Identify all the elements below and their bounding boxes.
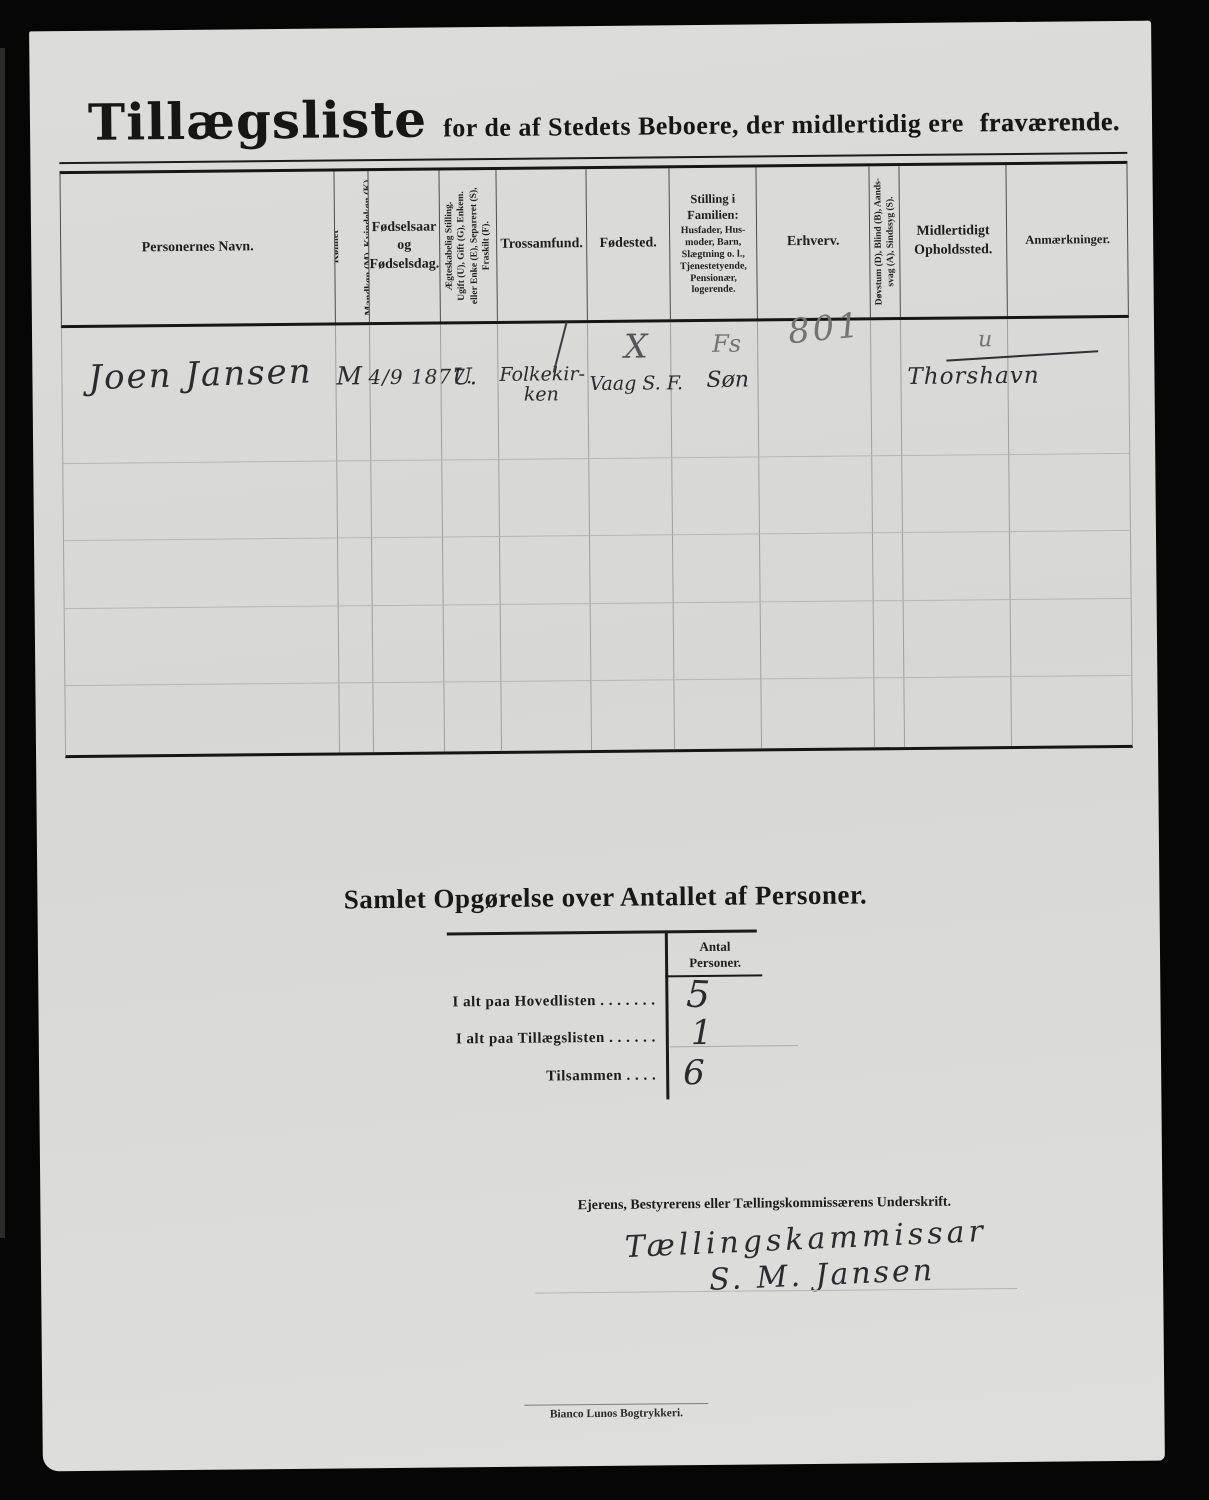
summary-header-rule <box>665 974 762 977</box>
column-label: Fødselsaar og Fødselsdag. <box>369 219 439 274</box>
column-header-trossamfund: Trossamfund. <box>495 169 586 321</box>
document-header: Tillægsliste for de af Stedets Beboere, … <box>88 83 1120 152</box>
summary-row-label: I alt paa Tillægslisten . . . . . . <box>408 1029 656 1048</box>
column-label: Kønnet <box>333 172 342 322</box>
page-title: Tillægsliste <box>88 90 428 152</box>
column-header-fodselsdag: Fødselsaar og Fødselsdag. <box>367 170 439 322</box>
pencil-mark-family: Fs <box>712 330 741 358</box>
page-subtitle-emphasis: fraværende. <box>980 107 1120 138</box>
scan-background: { "document": { "title": "Tillægsliste",… <box>0 0 1209 1500</box>
pencil-mark-occupation: 801 <box>786 305 863 352</box>
column-label: Døvstum (D), Blind (B), Aands- svag (A),… <box>872 167 898 317</box>
table-header-row: Personernes Navn. Kønnet Mandkøn (M), Kv… <box>59 161 1128 328</box>
column-label: Midlertidigt Opholdssted. <box>914 222 993 259</box>
entry-sex: M <box>336 361 362 390</box>
column-header-kon: Kønnet Mandkøn (M), Kvindekøn (K). <box>333 171 368 322</box>
vertical-label: Kønnet Mandkøn (M), Kvindekøn (K). <box>333 171 368 322</box>
column-sublabel: Husfader, Hus- moder, Barn, Slægtning o.… <box>680 225 748 296</box>
entry-religion: Folkekir- ken <box>499 365 585 406</box>
column-header-erhverv: Erhverv. <box>755 166 869 318</box>
printer-imprint: Bianco Lunos Bogtrykkeri. <box>514 1407 718 1421</box>
body-column-erhverv <box>757 320 874 748</box>
column-label: Personernes Navn. <box>142 239 254 258</box>
column-label: Erhverv. <box>787 233 840 252</box>
pencil-mark-residence: u <box>978 327 992 352</box>
summary-row-rule <box>670 1045 798 1047</box>
entry-family-position: Søn <box>706 368 749 393</box>
column-label: Anmærkninger. <box>1025 231 1110 248</box>
census-table: Personernes Navn. Kønnet Mandkøn (M), Kv… <box>59 161 1133 758</box>
column-label: Trossamfund. <box>500 236 583 255</box>
entry-birthplace: Vaag S. F. <box>589 372 683 395</box>
printer-rule <box>524 1403 708 1406</box>
entry-temporary-residence: Thorshavn <box>907 363 1039 390</box>
column-label: Stilling i Familien: <box>687 190 739 223</box>
summary-row-label: Tilsammen . . . . <box>408 1067 656 1086</box>
summary-row-value: 6 <box>683 1053 705 1093</box>
column-label: Fødested. <box>600 235 657 254</box>
column-header-anmarkninger: Anmærkninger. <box>1005 164 1128 316</box>
column-header-stilling: Stilling i Familien: Husfader, Hus- mode… <box>668 167 756 319</box>
summary-top-rule <box>447 929 757 935</box>
summary-row-label: I alt paa Hovedlisten . . . . . . . <box>407 992 655 1011</box>
column-header-fodested: Fødested. <box>585 168 669 320</box>
signature-caption: Ejerens, Bestyrerens eller Tællingskommi… <box>569 1195 959 1215</box>
summary-column-header: Antal Personer. <box>668 938 762 971</box>
column-header-opholdssted: Midlertidigt Opholdssted. <box>898 165 1006 317</box>
summary-title: Samlet Opgørelse over Antallet af Person… <box>316 879 894 916</box>
column-header-navn: Personernes Navn. <box>60 172 334 326</box>
pencil-mark-birthplace: X <box>624 326 648 365</box>
adjacent-page-edge <box>0 48 5 1238</box>
column-label: Ægteskabelig Stilling. Ugift (U), Gift (… <box>443 170 494 320</box>
body-column-dovstum <box>870 320 904 747</box>
entry-name: Joen Jansen <box>88 351 313 398</box>
column-header-dovstum: Døvstum (D), Blind (B), Aands- svag (A),… <box>868 166 899 317</box>
table-body: Joen Jansen M 4/9 1877. U. Folkekir- ken… <box>61 318 1133 758</box>
column-header-agteskabelig: Ægteskabelig Stilling. Ugift (U), Gift (… <box>438 170 496 322</box>
page-subtitle: for de af Stedets Beboere, der midlertid… <box>443 108 964 143</box>
document-sheet: Tillægsliste for de af Stedets Beboere, … <box>29 21 1165 1472</box>
summary-row-value: 5 <box>685 973 710 1017</box>
entry-marital-status: U. <box>452 364 477 390</box>
